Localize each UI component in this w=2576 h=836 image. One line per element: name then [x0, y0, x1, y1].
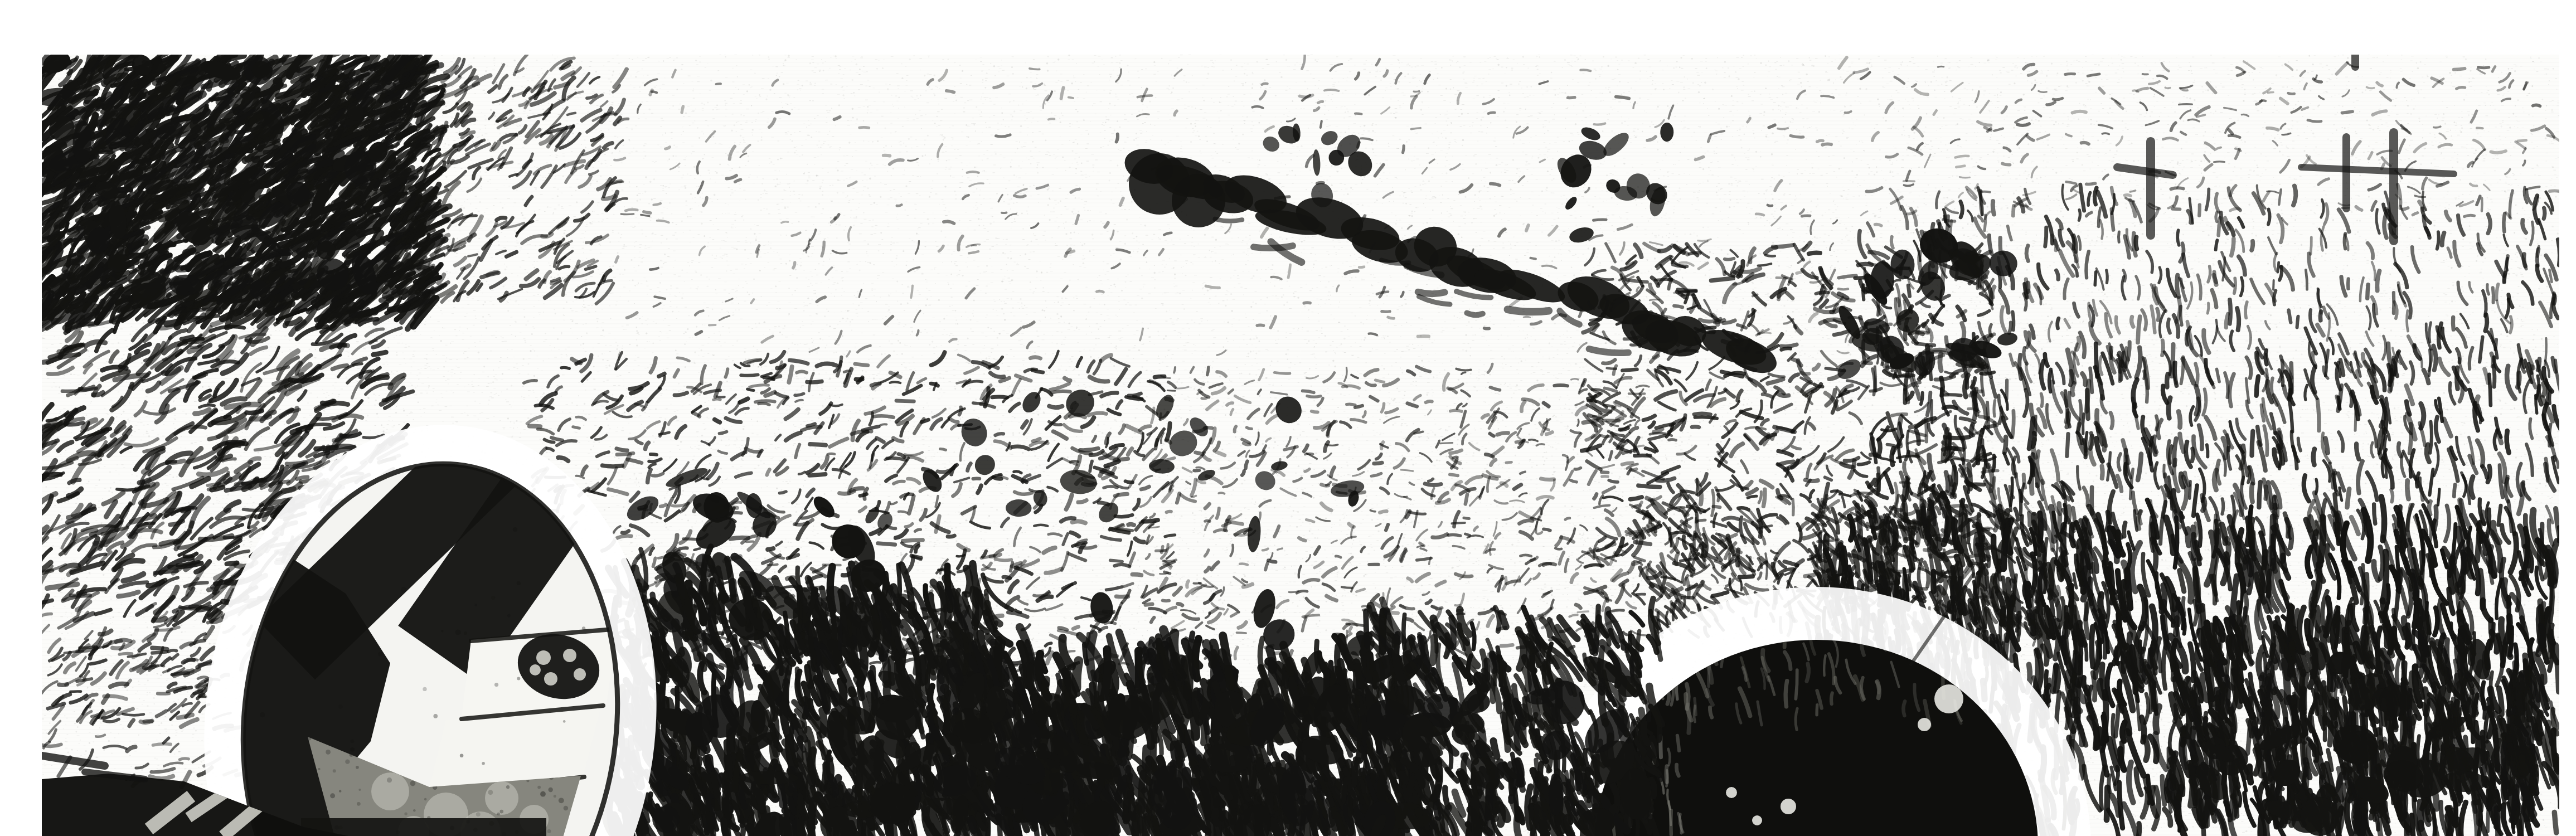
- halftone-photo-canvas: [0, 0, 2576, 836]
- manga-panel: [0, 0, 2576, 836]
